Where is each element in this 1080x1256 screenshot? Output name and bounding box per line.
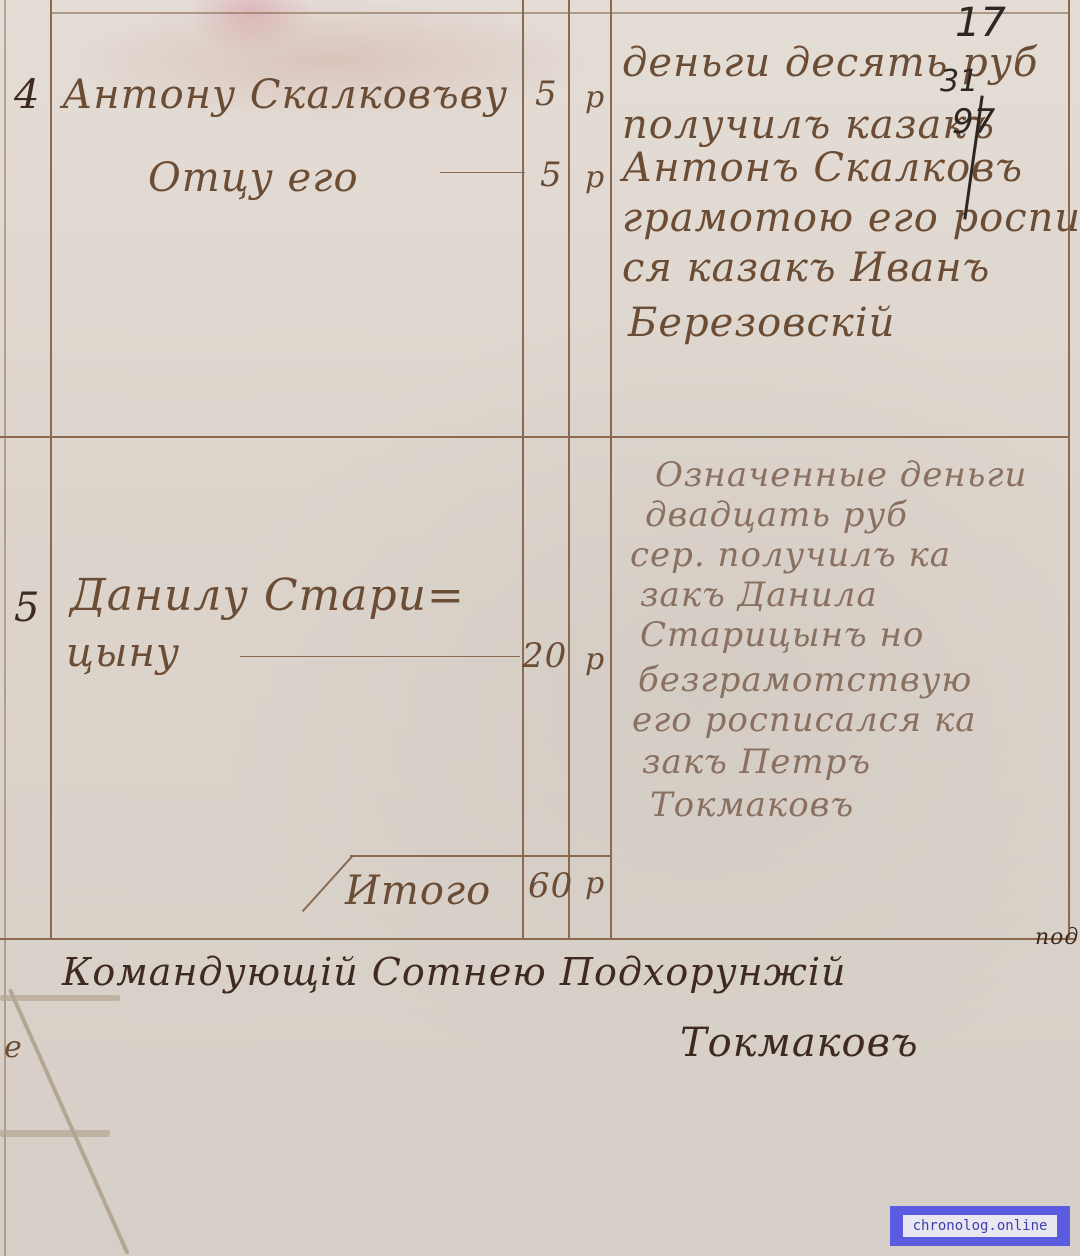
page-left-edge-rule xyxy=(4,0,6,1256)
fill-dash xyxy=(240,656,520,657)
note-line: Старицынъ но xyxy=(640,615,924,655)
signature-line: Командующій Сотнею Подхорунжій xyxy=(62,950,846,994)
amount-value: 20 xyxy=(522,636,567,676)
amount-value: 5 xyxy=(535,74,558,114)
row-number: 4 xyxy=(14,72,40,118)
amount-unit: р xyxy=(585,160,605,195)
row-divider xyxy=(0,436,1070,438)
note-line: получилъ казакъ xyxy=(622,102,995,148)
note-line: Антонъ Скалковъ xyxy=(622,145,1023,191)
total-unit: р xyxy=(585,866,605,901)
row-number: 5 xyxy=(14,585,40,631)
margin-number: 97 xyxy=(952,102,995,142)
page-number: 17 xyxy=(955,0,1006,46)
note-line: безграмотствую xyxy=(638,660,972,700)
amount-unit: р xyxy=(585,80,605,115)
note-line: сер. получилъ ка xyxy=(630,535,951,575)
margin-mark: е xyxy=(4,1030,23,1065)
total-amount: 60 xyxy=(528,866,573,906)
watermark: chronolog.online xyxy=(890,1206,1070,1246)
column-rule-amount-left xyxy=(522,0,524,940)
column-rule-amount-right xyxy=(610,0,612,940)
table-bottom-rule xyxy=(0,938,1075,940)
note-line: Березовскій xyxy=(628,300,895,346)
watermark-text: chronolog.online xyxy=(903,1215,1058,1237)
payee-name: Данилу Стари= xyxy=(70,570,465,621)
note-line: Токмаковъ xyxy=(650,785,854,825)
amount-value: 5 xyxy=(540,155,563,195)
page-right-edge-rule xyxy=(1068,0,1070,940)
corner-note: под xyxy=(1035,925,1079,950)
note-line: закъ Петръ xyxy=(642,742,871,782)
fill-dash xyxy=(440,172,525,173)
note-line: ся казакъ Иванъ xyxy=(622,245,990,291)
payee-name: цыну xyxy=(66,630,180,676)
payee-name: Отцу его xyxy=(148,155,359,201)
note-line: его росписался ка xyxy=(632,700,977,740)
note-line: закъ Данила xyxy=(640,575,878,615)
total-top-rule xyxy=(350,855,612,857)
amount-unit: р xyxy=(585,642,605,677)
signature-name: Токмаковъ xyxy=(680,1020,919,1066)
note-line: двадцать руб xyxy=(645,495,908,535)
binding-thread-stitch xyxy=(0,995,120,1001)
binding-thread-stitch xyxy=(0,1130,110,1137)
total-label: Итого xyxy=(345,868,491,914)
margin-number: 31 xyxy=(940,64,978,99)
top-rule xyxy=(50,12,1070,14)
payee-name: Антону Скалковъву xyxy=(62,72,508,118)
column-rule-number xyxy=(50,0,52,940)
note-line: грамотою его росписалъ xyxy=(622,195,1080,241)
note-line: Означенные деньги xyxy=(655,455,1027,495)
column-rule-amount-mid xyxy=(568,0,570,940)
